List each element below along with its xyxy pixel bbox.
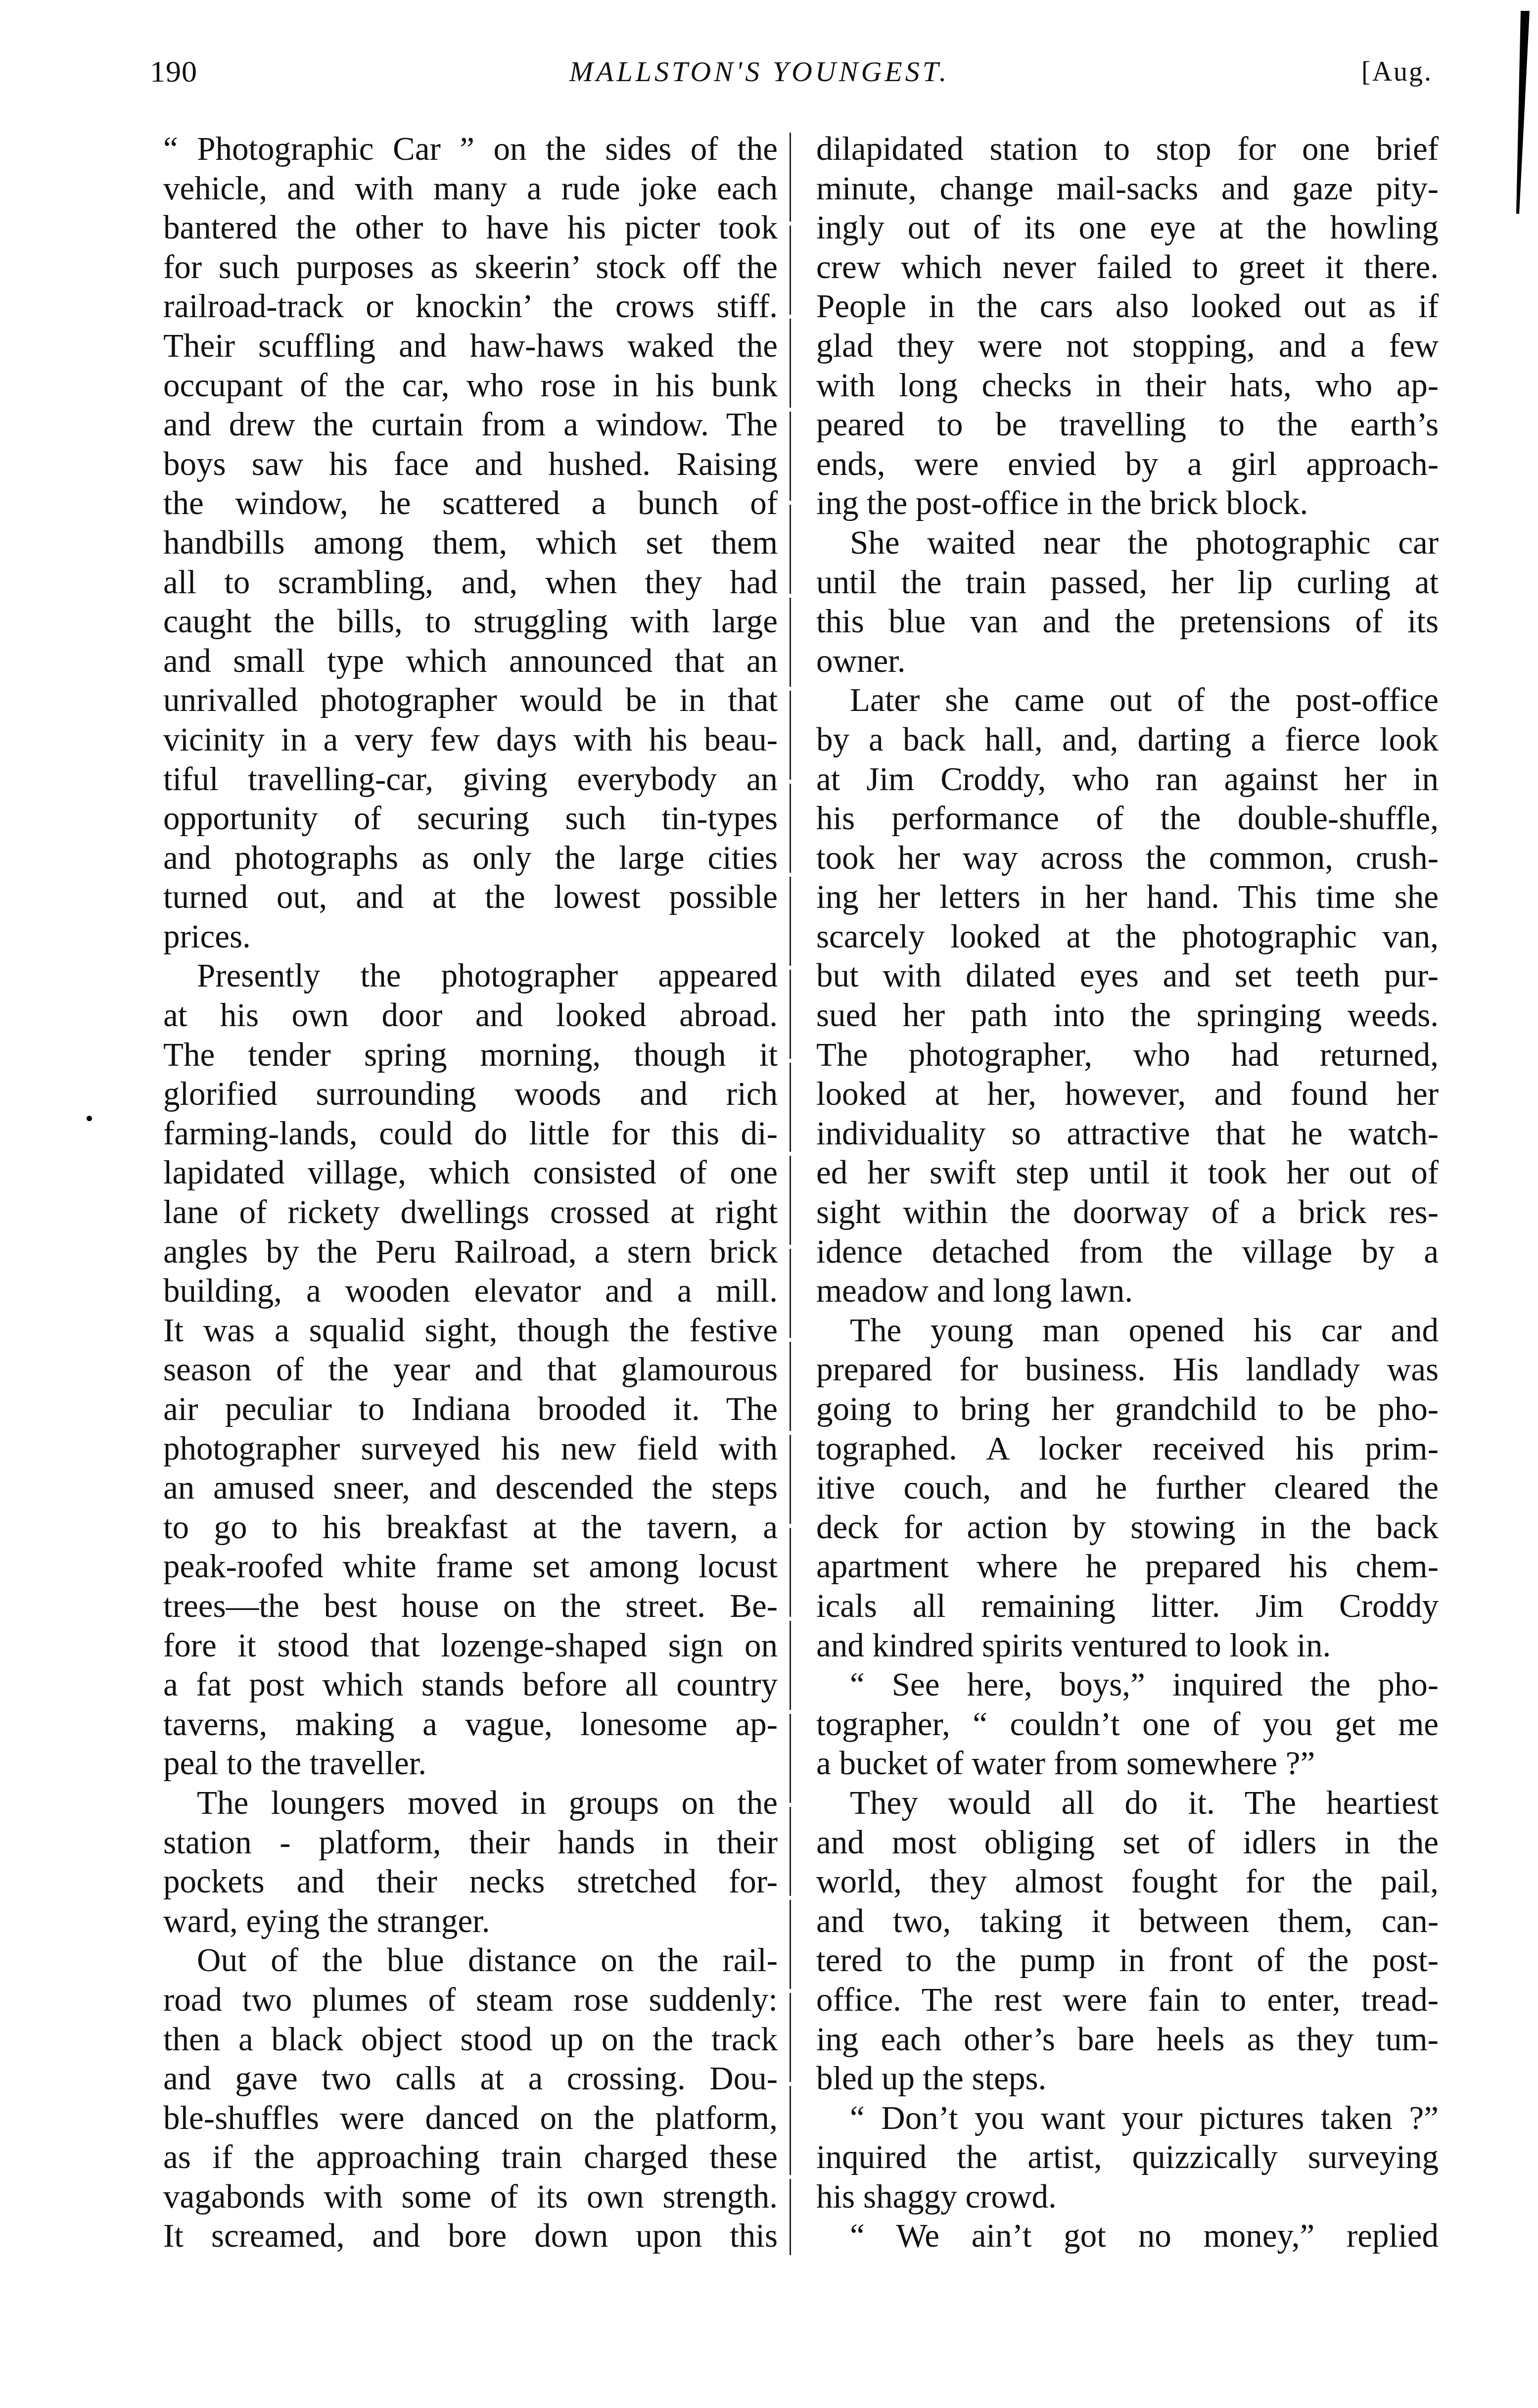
text-line: at Jim Croddy, who ran against her in	[816, 760, 1439, 800]
text-line: looked at her, however, and found her	[816, 1075, 1439, 1114]
text-line: and small type which announced that an	[163, 642, 778, 681]
text-line: going to bring her grandchild to be pho-	[816, 1390, 1439, 1429]
text-line: fore it stood that lozenge-shaped sign o…	[163, 1626, 778, 1666]
text-line: inquired the artist, quizzically surveyi…	[816, 2138, 1439, 2177]
text-line: ble-shuffles were danced on the platform…	[163, 2099, 778, 2138]
text-line: building, a wooden elevator and a mill.	[163, 1272, 778, 1311]
text-line: The tender spring morning, though it	[163, 1036, 778, 1075]
text-line: occupant of the car, who rose in his bun…	[163, 366, 778, 406]
book-page: 190 MALLSTON'S YOUNGEST. [Aug. “ Photogr…	[0, 0, 1538, 2408]
text-line: photographer surveyed his new field with	[163, 1429, 778, 1469]
text-line: ends, were envied by a girl approach-	[816, 445, 1439, 484]
text-line: vehicle, and with many a rude joke each	[163, 169, 778, 209]
text-line: deck for action by stowing in the back	[816, 1508, 1439, 1548]
text-line: prices.	[163, 917, 778, 957]
text-line: world, they almost fought for the pail,	[816, 1862, 1439, 1902]
text-line: and gave two calls at a crossing. Dou-	[163, 2059, 778, 2099]
text-line: at his own door and looked abroad.	[163, 996, 778, 1036]
text-line: vagabonds with some of its own strength.	[163, 2177, 778, 2217]
text-line: dilapidated station to stop for one brie…	[816, 130, 1439, 169]
text-line: tographed. A locker received his prim-	[816, 1429, 1439, 1469]
ink-speck	[87, 1116, 92, 1121]
text-line: but with dilated eyes and set teeth pur-	[816, 956, 1439, 996]
text-line: scarcely looked at the photographic van,	[816, 917, 1439, 957]
text-line: glad they were not stopping, and a few	[816, 327, 1439, 366]
text-line: tographer, “ couldn’t one of you get me	[816, 1705, 1439, 1745]
text-line: and most obliging set of idlers in the	[816, 1823, 1439, 1863]
text-line: by a back hall, and, darting a fierce lo…	[816, 720, 1439, 760]
text-line: “ Don’t you want your pictures taken ?”	[816, 2099, 1439, 2138]
text-line: then a black object stood up on the trac…	[163, 2020, 778, 2060]
issue-month: [Aug.	[1361, 47, 1433, 96]
text-line: Later she came out of the post-office	[816, 681, 1439, 720]
text-line: bantered the other to have his picter to…	[163, 208, 778, 248]
text-line: The young man opened his car and	[816, 1311, 1439, 1351]
text-line: road two plumes of steam rose suddenly:	[163, 1981, 778, 2020]
text-line: lapidated village, which consisted of on…	[163, 1153, 778, 1193]
text-line: glorified surrounding woods and rich	[163, 1075, 778, 1114]
text-line: turned out, and at the lowest possible	[163, 878, 778, 917]
text-line: farming-lands, could do little for this …	[163, 1114, 778, 1154]
text-line: an amused sneer, and descended the steps	[163, 1468, 778, 1508]
text-line: It screamed, and bore down upon this	[163, 2217, 778, 2256]
text-line: “ We ain’t got no money,” replied	[816, 2217, 1439, 2256]
text-line: tiful travelling-car, giving everybody a…	[163, 760, 778, 800]
text-line: owner.	[816, 642, 1439, 681]
text-line: It was a squalid sight, though the festi…	[163, 1311, 778, 1351]
text-line: bled up the steps.	[816, 2059, 1439, 2099]
text-line: peared to be travelling to the earth’s	[816, 405, 1439, 445]
right-column: dilapidated station to stop for one brie…	[816, 130, 1439, 2256]
text-line: prepared for business. His landlady was	[816, 1350, 1439, 1390]
text-line: ing each other’s bare heels as they tum-	[816, 2020, 1439, 2060]
text-line: “ See here, boys,” inquired the pho-	[816, 1665, 1439, 1705]
left-column: “ Photographic Car ” on the sides of the…	[163, 130, 778, 2256]
text-line: sued her path into the springing weeds.	[816, 996, 1439, 1036]
text-line: sight within the doorway of a brick res-	[816, 1193, 1439, 1232]
text-line: They would all do it. The heartiest	[816, 1784, 1439, 1823]
text-line: office. The rest were fain to enter, tre…	[816, 1981, 1439, 2020]
text-line: idence detached from the village by a	[816, 1232, 1439, 1272]
text-line: took her way across the common, crush-	[816, 839, 1439, 878]
text-line: ingly out of its one eye at the howling	[816, 208, 1439, 248]
text-line: for such purposes as skeerin’ stock off …	[163, 248, 778, 287]
text-line: the window, he scattered a bunch of	[163, 484, 778, 523]
text-line: individuality so attractive that he watc…	[816, 1114, 1439, 1154]
text-line: peak-roofed white frame set among locust	[163, 1547, 778, 1587]
text-line: his performance of the double-shuffle,	[816, 799, 1439, 839]
text-line: air peculiar to Indiana brooded it. The	[163, 1390, 778, 1429]
text-line: peal to the traveller.	[163, 1744, 778, 1784]
text-line: angles by the Peru Railroad, a stern bri…	[163, 1232, 778, 1272]
scan-edge-mark	[1515, 11, 1530, 214]
running-head: 190 MALLSTON'S YOUNGEST. [Aug.	[0, 47, 1538, 96]
text-line: minute, change mail-sacks and gaze pity-	[816, 169, 1439, 209]
text-line: People in the cars also looked out as if	[816, 287, 1439, 327]
text-line: lane of rickety dwellings crossed at rig…	[163, 1193, 778, 1232]
text-line: until the train passed, her lip curling …	[816, 563, 1439, 603]
text-line: his shaggy crowd.	[816, 2177, 1439, 2217]
text-line: and two, taking it between them, can-	[816, 1902, 1439, 1941]
text-line: itive couch, and he further cleared the	[816, 1468, 1439, 1508]
text-line: vicinity in a very few days with his bea…	[163, 720, 778, 760]
text-line: icals all remaining litter. Jim Croddy	[816, 1587, 1439, 1626]
text-line: meadow and long lawn.	[816, 1272, 1439, 1311]
text-line: apartment where he prepared his chem-	[816, 1547, 1439, 1587]
text-line: all to scrambling, and, when they had	[163, 563, 778, 603]
text-line: ing her letters in her hand. This time s…	[816, 878, 1439, 917]
text-line: and drew the curtain from a window. The	[163, 405, 778, 445]
text-line: “ Photographic Car ” on the sides of the	[163, 130, 778, 169]
text-line: to go to his breakfast at the tavern, a	[163, 1508, 778, 1548]
text-line: She waited near the photographic car	[816, 523, 1439, 563]
text-line: and photographs as only the large cities	[163, 839, 778, 878]
text-line: season of the year and that glamourous	[163, 1350, 778, 1390]
text-line: this blue van and the pretensions of its	[816, 602, 1439, 642]
text-line: railroad-track or knockin’ the crows sti…	[163, 287, 778, 327]
text-line: pockets and their necks stretched for-	[163, 1862, 778, 1902]
text-line: opportunity of securing such tin-types	[163, 799, 778, 839]
text-line: Out of the blue distance on the rail-	[163, 1941, 778, 1981]
column-divider	[790, 133, 791, 2255]
running-title: MALLSTON'S YOUNGEST.	[522, 47, 997, 96]
text-line: station - platform, their hands in their	[163, 1823, 778, 1863]
text-line: a bucket of water from somewhere ?”	[816, 1744, 1439, 1784]
text-line: a fat post which stands before all count…	[163, 1665, 778, 1705]
text-line: boys saw his face and hushed. Raising	[163, 445, 778, 484]
text-line: handbills among them, which set them	[163, 523, 778, 563]
text-line: crew which never failed to greet it ther…	[816, 248, 1439, 287]
text-line: caught the bills, to struggling with lar…	[163, 602, 778, 642]
text-line: Presently the photographer appeared	[163, 956, 778, 996]
text-line: The loungers moved in groups on the	[163, 1784, 778, 1823]
text-line: unrivalled photographer would be in that	[163, 681, 778, 720]
text-line: trees—the best house on the street. Be-	[163, 1587, 778, 1626]
page-number: 190	[150, 47, 197, 96]
text-line: ed her swift step until it took her out …	[816, 1153, 1439, 1193]
text-line: and kindred spirits ventured to look in.	[816, 1626, 1439, 1666]
text-line: Their scuffling and haw-haws waked the	[163, 327, 778, 366]
text-line: ing the post-office in the brick block.	[816, 484, 1439, 523]
text-line: The photographer, who had returned,	[816, 1036, 1439, 1075]
text-line: tered to the pump in front of the post-	[816, 1941, 1439, 1981]
text-line: ward, eying the stranger.	[163, 1902, 778, 1941]
text-line: with long checks in their hats, who ap-	[816, 366, 1439, 406]
text-line: as if the approaching train charged thes…	[163, 2138, 778, 2177]
text-line: taverns, making a vague, lonesome ap-	[163, 1705, 778, 1745]
